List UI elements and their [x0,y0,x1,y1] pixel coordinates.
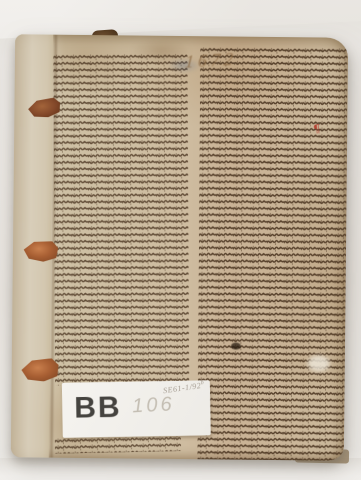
parchment-abrasion [308,355,330,371]
script-column-right [197,46,347,460]
pencil-annotation-superscript: b [201,380,205,386]
shelfmark-label: BB 106 SE61-1/92b [62,380,211,438]
handwritten-date-inscription: 1672 [184,49,238,73]
ink-blot [231,343,241,350]
red-paragraph-mark: ¶ [313,122,321,136]
script-column-left [53,53,189,386]
photo-stage: 1672 ¶ BB 106 SE61-1/92b [0,0,361,480]
pencil-annotation: SE61-1/92b [163,380,206,395]
manuscript-leaf: 1672 ¶ BB 106 SE61-1/92b [11,34,348,460]
shelfmark-code: BB [74,391,122,426]
pencil-annotation-text: SE61-1/92 [163,381,202,395]
shelfmark-number: 106 [132,393,176,418]
script-column-left-below-label [55,435,181,454]
